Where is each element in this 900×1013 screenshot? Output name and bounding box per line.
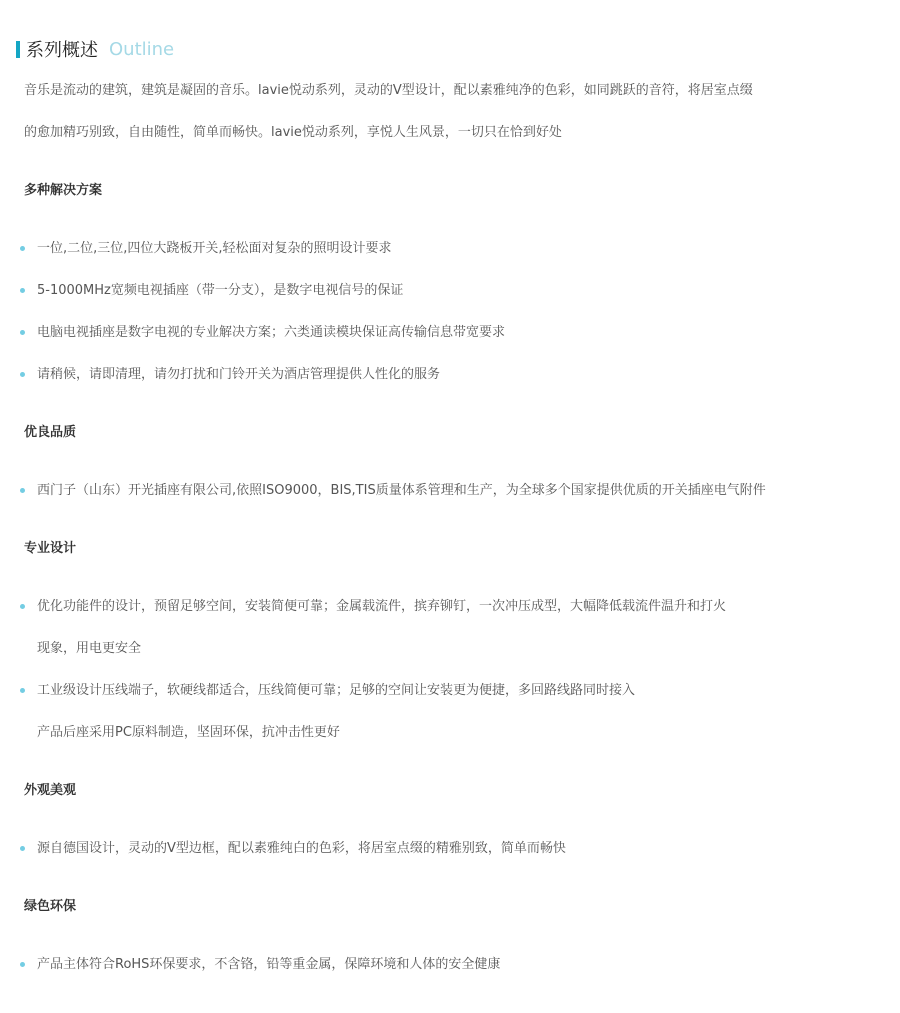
list-item: 西门子（山东）开光插座有限公司,依照ISO9000，BIS,TIS质量体系管理和… <box>37 483 766 499</box>
bullet-dot-icon <box>20 372 25 377</box>
bullet-dot-icon <box>20 288 25 293</box>
section-header: 系列概述 Outline <box>16 37 174 61</box>
heading-solutions: 多种解决方案 <box>24 183 102 199</box>
intro-line-1: 音乐是流动的建筑，建筑是凝固的音乐。lavie悦动系列，灵动的V型设计，配以素雅… <box>24 83 753 99</box>
heading-appearance: 外观美观 <box>24 783 76 799</box>
bullet-dot-icon <box>20 488 25 493</box>
bullet-dot-icon <box>20 962 25 967</box>
list-item: 请稍候，请即清理，请勿打扰和门铃开关为酒店管理提供人性化的服务 <box>37 367 440 383</box>
section-subtitle: Outline <box>109 39 174 60</box>
section-title: 系列概述 <box>26 36 98 62</box>
bullet-dot-icon <box>20 688 25 693</box>
list-item: 5-1000MHz宽频电视插座（带一分支），是数字电视信号的保证 <box>37 283 403 299</box>
bullet-dot-icon <box>20 604 25 609</box>
bullet-dot-icon <box>20 330 25 335</box>
list-item-continuation: 现象，用电更安全 <box>37 641 141 657</box>
heading-quality: 优良品质 <box>24 425 76 441</box>
bullet-dot-icon <box>20 846 25 851</box>
intro-line-2: 的愈加精巧别致，自由随性，简单而畅快。lavie悦动系列，享悦人生风景，一切只在… <box>24 125 562 141</box>
list-item: 源自德国设计，灵动的V型边框，配以素雅纯白的色彩，将居室点缀的精雅别致，简单而畅… <box>37 841 566 857</box>
list-item: 电脑电视插座是数字电视的专业解决方案；六类通读模块保证高传输信息带宽要求 <box>37 325 505 341</box>
heading-design: 专业设计 <box>24 541 76 557</box>
list-item: 工业级设计压线端子，软硬线都适合，压线简便可靠；足够的空间让安装更为便捷，多回路… <box>37 683 635 699</box>
list-item: 优化功能件的设计，预留足够空间，安装简便可靠；金属载流件，摈弃铆钉，一次冲压成型… <box>37 599 726 615</box>
list-item: 一位,二位,三位,四位大跷板开关,轻松面对复杂的照明设计要求 <box>37 241 392 257</box>
heading-eco: 绿色环保 <box>24 899 76 915</box>
list-item: 产品主体符合RoHS环保要求，不含铬，铅等重金属，保障环境和人体的安全健康 <box>37 957 500 973</box>
accent-bar <box>16 41 20 58</box>
bullet-dot-icon <box>20 246 25 251</box>
list-item-continuation: 产品后座采用PC原料制造，坚固环保，抗冲击性更好 <box>37 725 340 741</box>
